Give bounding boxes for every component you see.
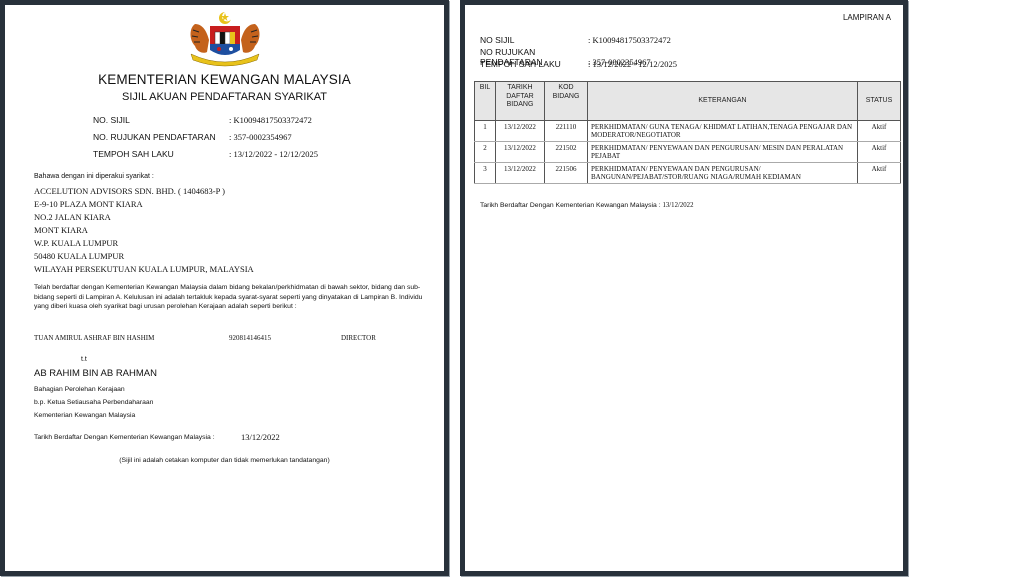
registration-paragraph: Telah berdaftar dengan Kementerian Kewan…: [34, 283, 429, 312]
info-row-ref-no: NO. RUJUKAN PENDAFTARAN: 357-0002354967: [93, 132, 292, 142]
computer-generated-note: (Sijil ini adalah cetakan komputer dan t…: [5, 457, 444, 464]
address-line: W.P. KUALA LUMPUR: [34, 237, 254, 250]
address-line: MONT KIARA: [34, 224, 254, 237]
cell-code: 221110: [545, 121, 588, 142]
info-value: : 13/12/2022 - 12/12/2025: [229, 149, 318, 159]
info-row-cert-no: NO. SIJIL: K10094817503372472: [93, 115, 312, 125]
company-name: ACCELUTION ADVISORS SDN. BHD. ( 1404683-…: [34, 185, 254, 198]
info-row-validity: TEMPOH SAH LAKU: 13/12/2022 - 12/12/2025: [480, 59, 677, 69]
address-line: E-9-10 PLAZA MONT KIARA: [34, 198, 254, 211]
signer-line: b.p. Ketua Setiausaha Perbendaharaan: [34, 399, 153, 406]
authorized-role: DIRECTOR: [341, 334, 376, 342]
info-value: : K10094817503372472: [229, 115, 312, 125]
cell-date: 13/12/2022: [496, 142, 545, 163]
cell-bil: 1: [475, 121, 496, 142]
col-header-status: STATUS: [858, 82, 901, 121]
cell-bil: 3: [475, 163, 496, 184]
signer-name: AB RAHIM BIN AB RAHMAN: [34, 368, 157, 379]
authorized-name: TUAN AMIRUL ASHRAF BIN HASHIM: [34, 334, 154, 342]
certificate-page: KEMENTERIAN KEWANGAN MALAYSIA SIJIL AKUA…: [0, 0, 449, 576]
authorized-ic: 920814146415: [229, 334, 271, 342]
info-label: TEMPOH SAH LAKU: [480, 59, 588, 69]
table-row: 213/12/2022221502PERKHIDMATAN/ PENYEWAAN…: [475, 142, 901, 163]
cell-description: PERKHIDMATAN/ PENYEWAAN DAN PENGURUSAN/ …: [588, 163, 858, 184]
table-row: 313/12/2022221506PERKHIDMATAN/ PENYEWAAN…: [475, 163, 901, 184]
registered-label: Tarikh Berdaftar Dengan Kementerian Kewa…: [34, 434, 215, 441]
col-header-bil: BIL: [475, 82, 496, 121]
registered-date: 13/12/2022: [663, 202, 694, 209]
info-row-cert-no: NO SIJIL: K10094817503372472: [480, 35, 671, 45]
info-label: NO. RUJUKAN PENDAFTARAN: [93, 132, 229, 142]
cell-date: 13/12/2022: [496, 163, 545, 184]
info-value: : 357-0002354967: [229, 132, 292, 142]
table-header-row: BIL TARIKH DAFTAR BIDANG KOD BIDANG KETE…: [475, 82, 901, 121]
info-value: : 13/12/2022 - 12/12/2025: [588, 59, 677, 69]
cell-description: PERKHIDMATAN/ PENYEWAAN DAN PENGURUSAN/ …: [588, 142, 858, 163]
cell-code: 221502: [545, 142, 588, 163]
cell-bil: 2: [475, 142, 496, 163]
info-row-validity: TEMPOH SAH LAKU: 13/12/2022 - 12/12/2025: [93, 149, 318, 159]
info-label: NO. SIJIL: [93, 115, 229, 125]
appendix-page: LAMPIRAN A NO SIJIL: K10094817503372472 …: [460, 0, 908, 576]
address-line: 50480 KUALA LUMPUR: [34, 250, 254, 263]
certificate-title: SIJIL AKUAN PENDAFTARAN SYARIKAT: [5, 91, 444, 103]
address-line: WILAYAH PERSEKUTUAN KUALA LUMPUR, MALAYS…: [34, 263, 254, 276]
registered-date: 13/12/2022: [241, 432, 280, 442]
signer-line: Kementerian Kewangan Malaysia: [34, 412, 135, 419]
company-address: ACCELUTION ADVISORS SDN. BHD. ( 1404683-…: [34, 185, 254, 276]
cell-code: 221506: [545, 163, 588, 184]
field-table: BIL TARIKH DAFTAR BIDANG KOD BIDANG KETE…: [474, 81, 901, 184]
coat-of-arms-icon: [185, 10, 265, 68]
appendix-label: LAMPIRAN A: [843, 13, 891, 22]
cell-status: Aktif: [858, 121, 901, 142]
cell-date: 13/12/2022: [496, 121, 545, 142]
info-label: NO SIJIL: [480, 35, 588, 45]
cell-status: Aktif: [858, 142, 901, 163]
signer-line: Bahagian Perolehan Kerajaan: [34, 386, 125, 393]
address-line: NO.2 JALAN KIARA: [34, 211, 254, 224]
info-label: TEMPOH SAH LAKU: [93, 149, 229, 159]
tt-mark: t.t: [81, 356, 87, 363]
ministry-title: KEMENTERIAN KEWANGAN MALAYSIA: [5, 72, 444, 87]
col-header-description: KETERANGAN: [588, 82, 858, 121]
info-value: : K10094817503372472: [588, 35, 671, 45]
registered-label: Tarikh Berdaftar Dengan Kementerian Kewa…: [480, 202, 661, 209]
cell-status: Aktif: [858, 163, 901, 184]
col-header-date: TARIKH DAFTAR BIDANG: [496, 82, 545, 121]
col-header-code: KOD BIDANG: [545, 82, 588, 121]
table-row: 113/12/2022221110PERKHIDMATAN/ GUNA TENA…: [475, 121, 901, 142]
registered-line: Tarikh Berdaftar Dengan Kementerian Kewa…: [480, 202, 693, 209]
intro-text: Bahawa dengan ini diperakui syarikat :: [34, 173, 154, 180]
cell-description: PERKHIDMATAN/ GUNA TENAGA/ KHIDMAT LATIH…: [588, 121, 858, 142]
